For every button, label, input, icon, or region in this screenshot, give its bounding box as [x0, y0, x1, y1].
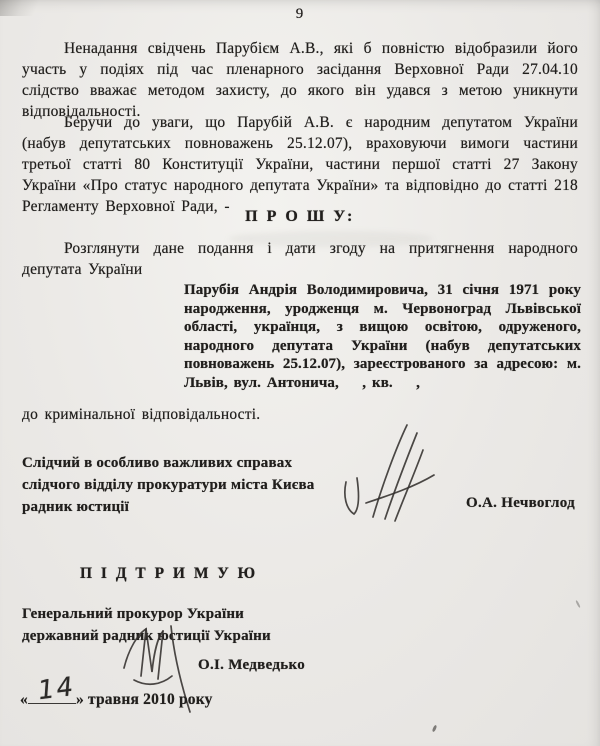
subject-details-block: Парубія Андрія Володимировича, 31 січня …	[184, 281, 581, 393]
scan-speck	[432, 725, 438, 733]
paragraph-legal-grounds: Беручи до уваги, що Парубій А.В. є народ…	[22, 112, 578, 217]
approval-heading: П І Д Т Р И М У Ю	[80, 565, 258, 583]
investigator-name: О.А. Нечвоглод	[466, 495, 575, 512]
date-open-quote: «	[20, 691, 28, 708]
investigator-signature	[328, 420, 440, 526]
page-number: 9	[0, 6, 600, 23]
paragraph-request: Розглянути дане подання і дати згоду на …	[22, 238, 578, 280]
investigator-title-line-3: радник юстиції	[22, 496, 129, 518]
request-heading: П Р О Ш У:	[0, 208, 600, 226]
paragraph-criminal-liability: до кримінальної відповідальності.	[22, 404, 578, 425]
paragraph-nondisclosure: Ненадання свідчень Парубієм А.В., які б …	[22, 38, 578, 122]
handwritten-day: 14	[36, 672, 76, 706]
investigator-title-line-1: Слідчий в особливо важливих справах	[22, 452, 292, 474]
prosecutor-name: О.І. Медведько	[198, 657, 305, 674]
investigator-title-line-2: слідчого відділу прокуратури міста Києва	[22, 474, 314, 496]
scanned-document-page: 9 Ненадання свідчень Парубієм А.В., які …	[0, 0, 600, 746]
date-rest: » травня 2010 року	[76, 691, 213, 708]
scan-speck	[575, 600, 581, 608]
